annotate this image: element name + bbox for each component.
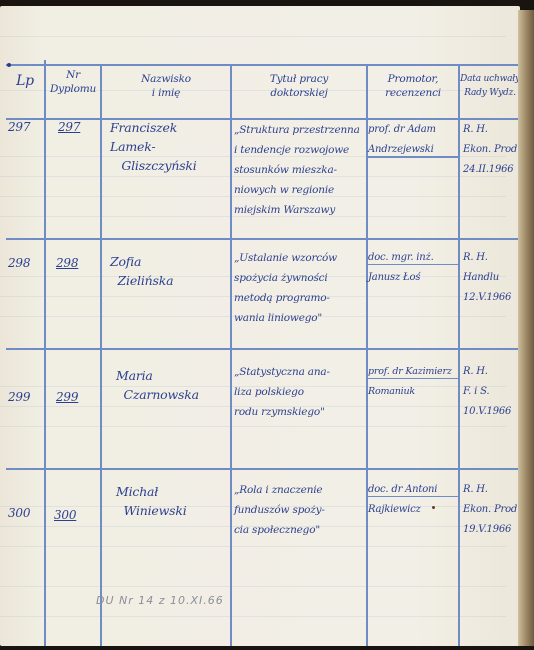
row-promotor: doc. mgr. inż. Janusz Łoś (368, 248, 434, 288)
row-title: „Struktura przestrzenna i tendencje rozw… (234, 120, 360, 220)
header-data: Data uchwały Rady Wydz. (460, 72, 520, 100)
header-promotor: Promotor, recenzenci (368, 72, 458, 100)
row-lp: 300 (8, 504, 30, 523)
row-lp: 299 (8, 388, 30, 407)
column-divider (458, 64, 460, 646)
header-tytul: Tytuł pracy doktorskiej (232, 72, 366, 100)
pencil-note: DU Nr 14 z 10.XI.66 (96, 594, 224, 607)
row-name: Maria Czarnowska (116, 366, 199, 404)
row-nr-dyplomu: 300 (54, 506, 76, 525)
row-promotor: prof. dr Adam Andrzejewski (368, 120, 436, 160)
row-date: R. H. Ekon. Prod. 19.V.1966 (463, 480, 520, 540)
header-nr-dyplomu: Nr Dyplomu (46, 68, 100, 96)
row-promotor: prof. dr Kazimierz Romaniuk (368, 362, 452, 402)
row-name: Zofia Zielińska (110, 252, 173, 290)
row-title: „Statystyczna ana- liza polskiego rodu r… (234, 362, 330, 422)
row-title: „Ustalanie wzorców spożycia żywności met… (234, 248, 337, 328)
row-nr-dyplomu: 298 (56, 254, 78, 273)
row-date: R. H. Ekon. Prod. 24.II.1966 (463, 120, 520, 180)
header-lp: Lp (6, 72, 44, 90)
ledger-page: Lp Nr Dyplomu Nazwisko i imię Tytuł prac… (0, 6, 520, 646)
column-divider (100, 64, 102, 646)
ruled-line (0, 586, 506, 587)
ruled-line (0, 36, 506, 37)
row-name: Franciszek Lamek- Gliszczyński (110, 118, 197, 175)
column-divider (230, 64, 232, 646)
ink-spot (432, 506, 435, 509)
row-date: R. H. Handlu 12.V.1966 (463, 248, 511, 308)
row-divider (6, 468, 518, 470)
row-lp: 297 (8, 118, 30, 137)
ruled-line (0, 616, 506, 617)
row-date: R. H. F. i S. 10.V.1966 (463, 362, 511, 422)
ruled-line (0, 546, 506, 547)
table-top-rule (6, 64, 518, 66)
row-lp: 298 (8, 254, 30, 273)
row-promotor: doc. dr Antoni Rajkiewicz (368, 480, 437, 520)
header-nazwisko: Nazwisko i imię (102, 72, 230, 100)
column-divider (44, 60, 46, 646)
ruled-line (0, 426, 506, 427)
row-title: „Rola i znaczenie funduszów spoży- cia s… (234, 480, 325, 540)
ink-dot (7, 63, 11, 67)
row-divider (6, 348, 518, 350)
row-nr-dyplomu: 299 (56, 388, 78, 407)
row-nr-dyplomu: 297 (58, 118, 80, 137)
row-divider (6, 238, 518, 240)
row-name: Michał Winiewski (116, 482, 187, 520)
book-page-edge (518, 10, 534, 646)
